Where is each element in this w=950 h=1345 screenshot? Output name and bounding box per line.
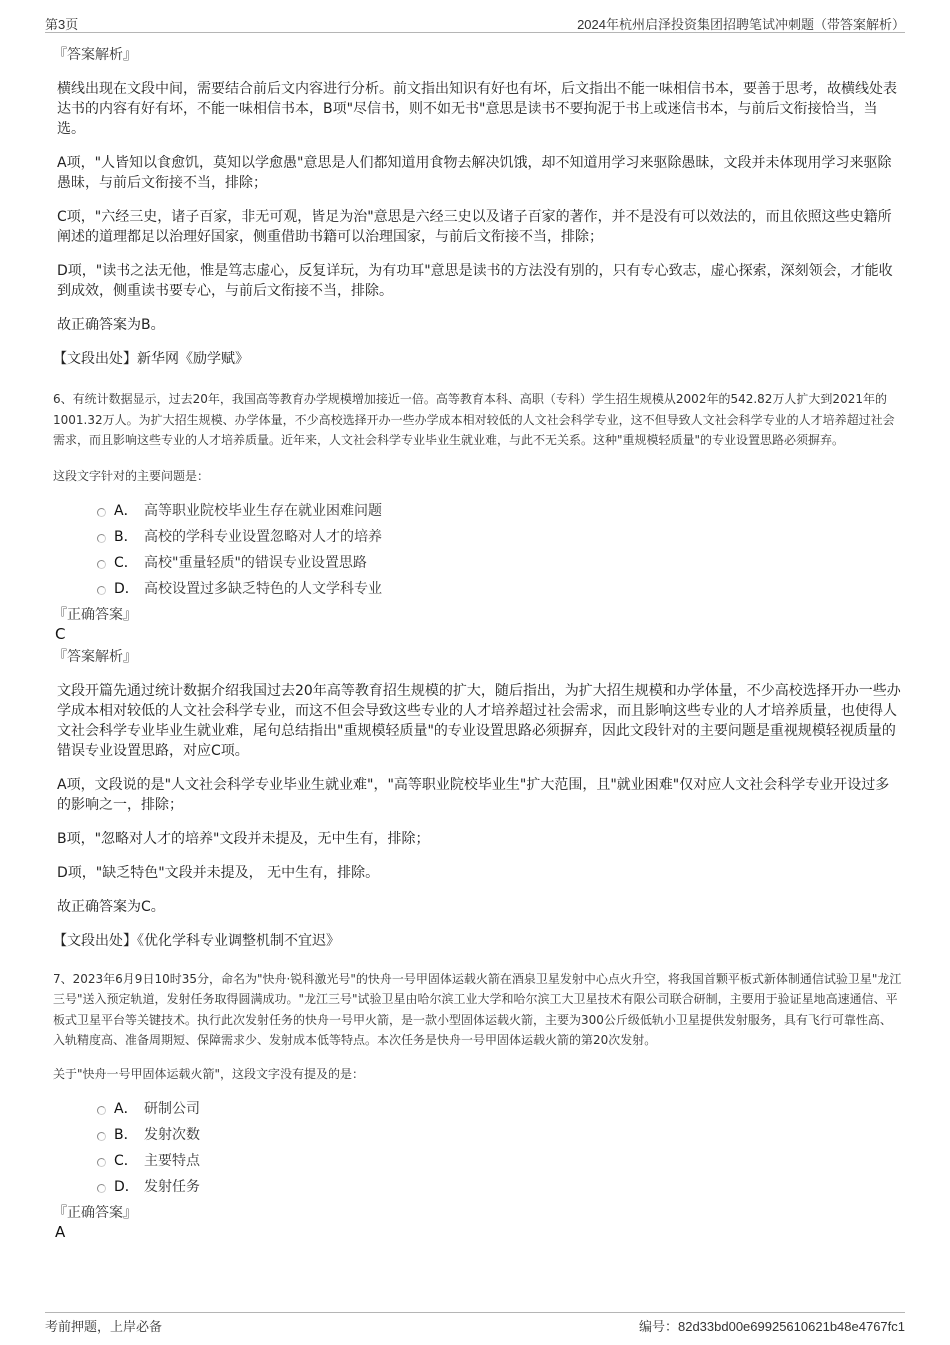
correct-answer-label: 『正确答案』 xyxy=(53,605,902,625)
option-letter: B． xyxy=(114,1124,144,1144)
analysis-paragraph: A项，文段说的是"人文社会科学专业毕业生就业难"，"高等职业院校毕业生"扩大范围… xyxy=(57,775,902,815)
radio-icon[interactable] xyxy=(97,1158,106,1167)
option-letter: D． xyxy=(114,578,144,598)
question-text: 7、2023年6月9日10时35分，命名为"快舟·锐科激光号"的快舟一号甲固体运… xyxy=(53,969,902,1051)
question-6: 6、有统计数据显示，过去20年，我国高等教育办学规模增加接近一倍。高等教育本科、… xyxy=(57,389,902,951)
option-text: 高等职业院校毕业生存在就业困难问题 xyxy=(144,500,382,520)
option-text: 主要特点 xyxy=(144,1150,200,1170)
radio-icon[interactable] xyxy=(97,1184,106,1193)
correct-answer-label: 『正确答案』 xyxy=(53,1203,902,1223)
option-b[interactable]: B． 高校的学科专业设置忽略对人才的培养 xyxy=(97,523,902,549)
analysis-paragraph: 横线出现在文段中间，需要结合前后文内容进行分析。前文指出知识有好也有坏，后文指出… xyxy=(57,79,902,139)
option-text: 高校设置过多缺乏特色的人文学科专业 xyxy=(144,578,382,598)
option-text: 研制公司 xyxy=(144,1098,200,1118)
analysis-label: 『答案解析』 xyxy=(53,647,902,667)
question-prompt: 关于"快舟一号甲固体运载火箭"，这段文字没有提及的是： xyxy=(53,1065,902,1083)
source: 【文段出处】新华网《励学赋》 xyxy=(53,349,902,369)
radio-icon[interactable] xyxy=(97,508,106,517)
radio-icon[interactable] xyxy=(97,560,106,569)
option-letter: B． xyxy=(114,526,144,546)
page-header: 第3页 2024年杭州启泽投资集团招聘笔试冲刺题（带答案解析） xyxy=(45,10,905,33)
document-title: 2024年杭州启泽投资集团招聘笔试冲刺题（带答案解析） xyxy=(577,14,905,33)
q5-analysis: 『答案解析』 横线出现在文段中间，需要结合前后文内容进行分析。前文指出知识有好也… xyxy=(57,45,902,369)
analysis-paragraph: D项，"缺乏特色"文段并未提及， 无中生有，排除。 xyxy=(57,863,902,883)
analysis-paragraph: D项，"读书之法无他，惟是笃志虚心，反复详玩，为有功耳"意思是读书的方法没有别的… xyxy=(57,261,902,301)
question-prompt: 这段文字针对的主要问题是： xyxy=(53,467,902,485)
analysis-paragraph: 文段开篇先通过统计数据介绍我国过去20年高等教育招生规模的扩大，随后指出，为扩大… xyxy=(57,681,902,761)
option-list: A． 研制公司 B． 发射次数 C． 主要特点 D． 发射任务 xyxy=(97,1095,902,1199)
analysis-paragraph: B项，"忽略对人才的培养"文段并未提及，无中生有，排除； xyxy=(57,829,902,849)
analysis-paragraph: A项，"人皆知以食愈饥，莫知以学愈愚"意思是人们都知道用食物去解决饥饿，却不知道… xyxy=(57,153,902,193)
option-c[interactable]: C． 高校"重量轻质"的错误专业设置思路 xyxy=(97,549,902,575)
analysis-label: 『答案解析』 xyxy=(53,45,902,65)
question-text: 6、有统计数据显示，过去20年，我国高等教育办学规模增加接近一倍。高等教育本科、… xyxy=(53,389,902,451)
radio-icon[interactable] xyxy=(97,586,106,595)
correct-answer: C xyxy=(55,625,902,643)
analysis-paragraph: C项，"六经三史，诸子百家，非无可观，皆足为治"意思是六经三史以及诸子百家的著作… xyxy=(57,207,902,247)
option-letter: C． xyxy=(114,552,144,572)
option-letter: D． xyxy=(114,1176,144,1196)
option-d[interactable]: D． 发射任务 xyxy=(97,1173,902,1199)
option-b[interactable]: B． 发射次数 xyxy=(97,1121,902,1147)
radio-icon[interactable] xyxy=(97,534,106,543)
question-7: 7、2023年6月9日10时35分，命名为"快舟·锐科激光号"的快舟一号甲固体运… xyxy=(57,969,902,1241)
radio-icon[interactable] xyxy=(97,1106,106,1115)
option-d[interactable]: D． 高校设置过多缺乏特色的人文学科专业 xyxy=(97,575,902,601)
option-list: A． 高等职业院校毕业生存在就业困难问题 B． 高校的学科专业设置忽略对人才的培… xyxy=(97,497,902,601)
option-letter: C． xyxy=(114,1150,144,1170)
conclusion: 故正确答案为B。 xyxy=(57,315,902,335)
option-a[interactable]: A． 高等职业院校毕业生存在就业困难问题 xyxy=(97,497,902,523)
conclusion: 故正确答案为C。 xyxy=(57,897,902,917)
option-text: 发射次数 xyxy=(144,1124,200,1144)
option-c[interactable]: C． 主要特点 xyxy=(97,1147,902,1173)
option-text: 高校的学科专业设置忽略对人才的培养 xyxy=(144,526,382,546)
option-letter: A． xyxy=(114,1098,144,1118)
option-letter: A． xyxy=(114,500,144,520)
source: 【文段出处】《优化学科专业调整机制不宜迟》 xyxy=(53,931,902,951)
page-content: 『答案解析』 横线出现在文段中间，需要结合前后文内容进行分析。前文指出知识有好也… xyxy=(57,45,902,1241)
page-footer: 考前押题，上岸必备 编号：82d33bd00e69925610621b48e47… xyxy=(45,1312,905,1333)
serial-number: 编号：82d33bd00e69925610621b48e4767fc1 xyxy=(639,1316,905,1335)
footer-slogan: 考前押题，上岸必备 xyxy=(45,1316,162,1335)
radio-icon[interactable] xyxy=(97,1132,106,1141)
option-text: 发射任务 xyxy=(144,1176,200,1196)
page-number: 第3页 xyxy=(45,14,78,33)
correct-answer: A xyxy=(55,1223,902,1241)
option-text: 高校"重量轻质"的错误专业设置思路 xyxy=(144,552,367,572)
option-a[interactable]: A． 研制公司 xyxy=(97,1095,902,1121)
